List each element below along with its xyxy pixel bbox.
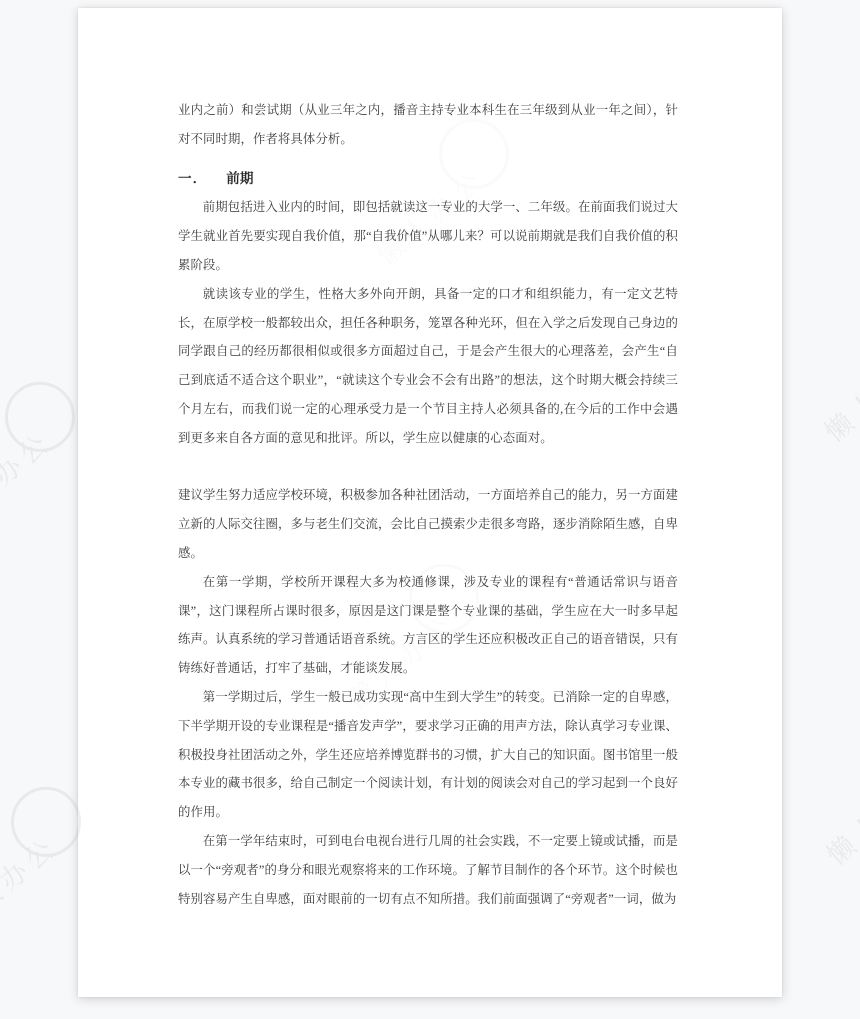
watermark: 懒人办公: [0, 421, 59, 536]
paragraph: 建议学生努力适应学校环境，积极参加各种社团活动，一方面培养自己的能力，另一方面建…: [178, 481, 678, 567]
watermark: 懒人办公: [817, 758, 860, 873]
section-heading: 一．前期: [178, 165, 678, 194]
paragraph: 在第一学期，学校所开课程大多为校通修课，涉及专业的课程有“普通话常识与语音课”，…: [178, 568, 678, 683]
paragraph: 前期包括进入业内的时间，即包括就读这一专业的大学一、二年级。在前面我们说过大学生…: [178, 193, 678, 279]
watermark-text: 懒人办公: [0, 831, 64, 939]
watermark: 懒人办公: [815, 335, 860, 450]
document-text: 业内之前）和尝试期（从业三年之内，播音主持专业本科生在三年级到从业一年之间），针…: [178, 96, 678, 913]
document-page: 业内之前）和尝试期（从业三年之内，播音主持专业本科生在三年级到从业一年之间），针…: [78, 8, 782, 997]
watermark-ring-icon: [0, 368, 89, 467]
watermark-text: 懒人办公: [819, 340, 860, 448]
watermark: 懒人办公: [0, 826, 65, 941]
viewport: { "page": { "background_color": "#f7f8f9…: [0, 0, 860, 1019]
paragraph: 第一学期过后，学生一般已成功实现“高中生到大学生”的转变。已消除一定的自卑感，下…: [178, 683, 678, 827]
paragraph: 在第一学年结束时，可到电台电视台进行几周的社会实践，不一定要上镜或试播，而是以一…: [178, 827, 678, 913]
watermark-text: 懒人办公: [0, 426, 58, 534]
section-heading-text: 前期: [226, 171, 253, 186]
paragraph: 就读该专业的学生，性格大多外向开朗，具备一定的口才和组织能力，有一定文艺特长，在…: [178, 280, 678, 453]
section-heading-number: 一．: [178, 171, 207, 186]
paragraph: 业内之前）和尝试期（从业三年之内，播音主持专业本科生在三年级到从业一年之间），针…: [178, 96, 678, 154]
watermark-text: 懒人办公: [821, 763, 860, 871]
